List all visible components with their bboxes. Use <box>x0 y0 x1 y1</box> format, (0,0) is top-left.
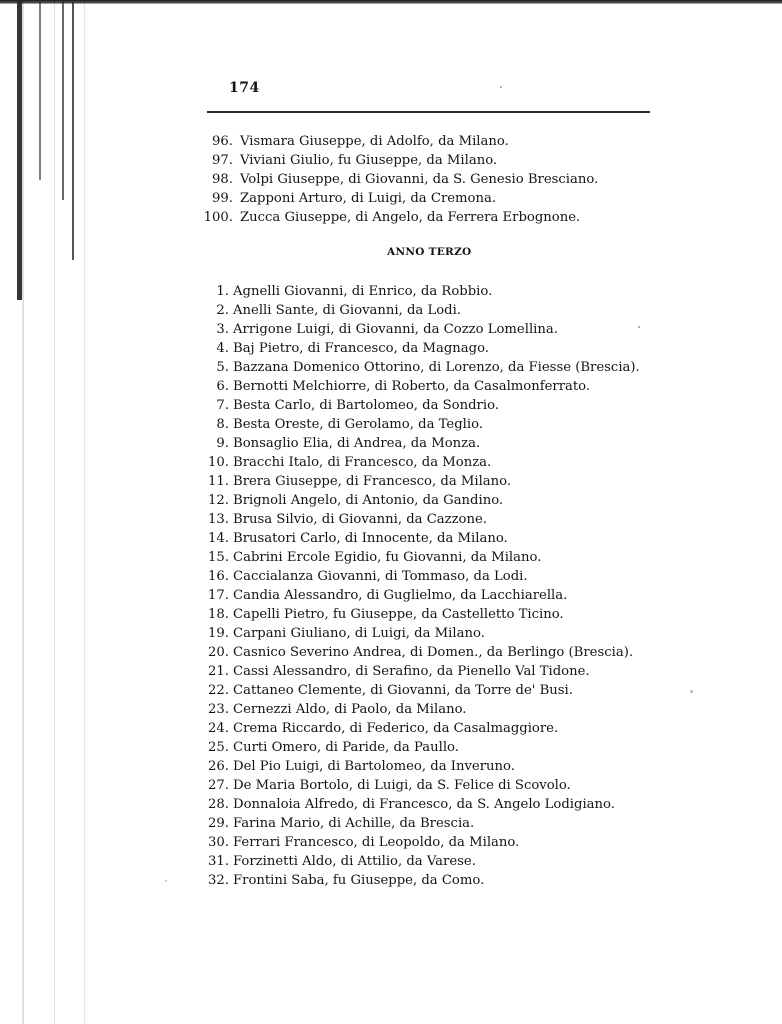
entry-text: Volpi Giuseppe, di Giovanni, da S. Genes… <box>240 170 598 189</box>
entry-number: 11. <box>189 472 229 491</box>
entry-number: 7. <box>189 396 229 415</box>
entry-number: 28. <box>189 795 229 814</box>
entry-number: 9. <box>189 434 229 453</box>
entry-text: Frontini Saba, fu Giuseppe, da Como. <box>233 871 484 890</box>
entry-number: 26. <box>189 757 229 776</box>
book-spine-edge <box>0 0 90 1024</box>
entry-number: 98. <box>193 170 233 189</box>
entry-number: 23. <box>189 700 229 719</box>
entry-text: De Maria Bortolo, di Luigi, da S. Felice… <box>233 776 571 795</box>
entry-number: 1. <box>189 282 229 301</box>
entry-number: 16. <box>189 567 229 586</box>
entry-text: Besta Carlo, di Bartolomeo, da Sondrio. <box>233 396 499 415</box>
entry-number: 27. <box>189 776 229 795</box>
entry-text: Baj Pietro, di Francesco, da Magnago. <box>233 339 489 358</box>
entry-number: 99. <box>193 189 233 208</box>
entry-text: Viviani Giulio, fu Giuseppe, da Milano. <box>240 151 497 170</box>
entry-number: 13. <box>189 510 229 529</box>
entry-number: 5. <box>189 358 229 377</box>
entry-number: 24. <box>189 719 229 738</box>
scan-top-border <box>0 0 782 4</box>
entry-text: Del Pio Luigi, di Bartolomeo, da Inverun… <box>233 757 515 776</box>
entry-text: Carpani Giuliano, di Luigi, da Milano. <box>233 624 485 643</box>
entry-text: Agnelli Giovanni, di Enrico, da Robbio. <box>233 282 492 301</box>
entry-text: Bonsaglio Elia, di Andrea, da Monza. <box>233 434 480 453</box>
entry-number: 97. <box>193 151 233 170</box>
entry-number: 20. <box>189 643 229 662</box>
entry-number: 3. <box>189 320 229 339</box>
entry-text: Bracchi Italo, di Francesco, da Monza. <box>233 453 491 472</box>
entry-text: Arrigone Luigi, di Giovanni, da Cozzo Lo… <box>233 320 558 339</box>
entry-text: Bazzana Domenico Ottorino, di Lorenzo, d… <box>233 358 640 377</box>
entry-number: 12. <box>189 491 229 510</box>
entry-number: 31. <box>189 852 229 871</box>
entry-text: Ferrari Francesco, di Leopoldo, da Milan… <box>233 833 519 852</box>
entry-text: Vismara Giuseppe, di Adolfo, da Milano. <box>240 132 509 151</box>
entry-text: Curti Omero, di Paride, da Paullo. <box>233 738 459 757</box>
entry-number: 22. <box>189 681 229 700</box>
entry-text: Cernezzi Aldo, di Paolo, da Milano. <box>233 700 466 719</box>
entry-text: Brusa Silvio, di Giovanni, da Cazzone. <box>233 510 487 529</box>
entry-number: 25. <box>189 738 229 757</box>
entry-text: Capelli Pietro, fu Giuseppe, da Castelle… <box>233 605 564 624</box>
section-title: ANNO TERZO <box>387 246 472 258</box>
entry-text: Donnaloia Alfredo, di Francesco, da S. A… <box>233 795 615 814</box>
entry-number: 14. <box>189 529 229 548</box>
entry-number: 4. <box>189 339 229 358</box>
entry-number: 17. <box>189 586 229 605</box>
entry-number: 18. <box>189 605 229 624</box>
entry-number: 100. <box>193 208 233 227</box>
entry-text: Cassi Alessandro, di Serafino, da Pienel… <box>233 662 590 681</box>
entry-number: 8. <box>189 415 229 434</box>
entry-text: Cabrini Ercole Egidio, fu Giovanni, da M… <box>233 548 541 567</box>
entry-text: Anelli Sante, di Giovanni, da Lodi. <box>233 301 461 320</box>
entry-number: 30. <box>189 833 229 852</box>
entry-text: Brera Giuseppe, di Francesco, da Milano. <box>233 472 511 491</box>
entry-text: Casnico Severino Andrea, di Domen., da B… <box>233 643 633 662</box>
entry-text: Candia Alessandro, di Guglielmo, da Lacc… <box>233 586 567 605</box>
entry-text: Caccialanza Giovanni, di Tommaso, da Lod… <box>233 567 528 586</box>
page-number: 174 <box>229 80 260 96</box>
entry-text: Zucca Giuseppe, di Angelo, da Ferrera Er… <box>240 208 580 227</box>
entry-text: Besta Oreste, di Gerolamo, da Teglio. <box>233 415 483 434</box>
entry-text: Bernotti Melchiorre, di Roberto, da Casa… <box>233 377 590 396</box>
entry-text: Forzinetti Aldo, di Attilio, da Varese. <box>233 852 476 871</box>
entry-number: 15. <box>189 548 229 567</box>
entry-number: 29. <box>189 814 229 833</box>
entry-text: Crema Riccardo, di Federico, da Casalmag… <box>233 719 558 738</box>
entry-text: Zapponi Arturo, di Luigi, da Cremona. <box>240 189 496 208</box>
entry-number: 32. <box>189 871 229 890</box>
entry-text: Farina Mario, di Achille, da Brescia. <box>233 814 474 833</box>
entry-number: 21. <box>189 662 229 681</box>
header-rule <box>207 111 650 113</box>
entry-text: Brignoli Angelo, di Antonio, da Gandino. <box>233 491 503 510</box>
entry-number: 96. <box>193 132 233 151</box>
entry-text: Cattaneo Clemente, di Giovanni, da Torre… <box>233 681 573 700</box>
entry-number: 19. <box>189 624 229 643</box>
entry-number: 10. <box>189 453 229 472</box>
entry-number: 2. <box>189 301 229 320</box>
entry-text: Brusatori Carlo, di Innocente, da Milano… <box>233 529 508 548</box>
entry-number: 6. <box>189 377 229 396</box>
